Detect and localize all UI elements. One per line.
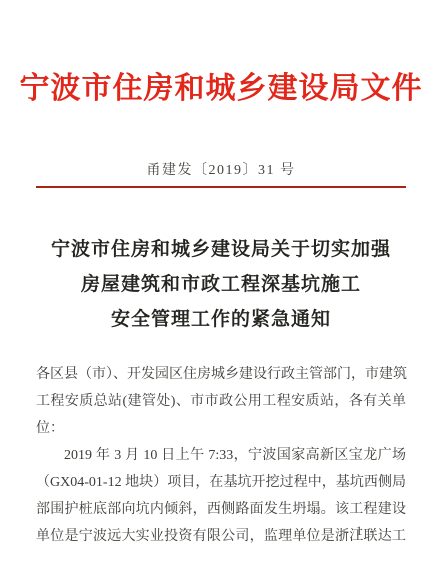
document-subject-title: 宁波市住房和城乡建设局关于切实加强 房屋建筑和市政工程深基坑施工 安全管理工作的… — [0, 232, 442, 337]
body-text-line: 工程安质总站(建管处)、市市政公用工程安质站，各有关单 — [36, 388, 406, 415]
red-divider-line — [36, 186, 406, 188]
body-text-line: （GX04-01-12 地块）项目，在基坑开挖过程中，基坑西侧局 — [36, 469, 406, 496]
subject-title-line: 房屋建筑和市政工程深基坑施工 — [0, 267, 442, 302]
body-text-line: 2019 年 3 月 10 日上午 7:33，宁波国家高新区宝龙广场 — [36, 442, 406, 469]
body-paragraph-recipients: 各区县（市）、开发园区住房城乡建设行政主管部门，市建筑 工程安质总站(建管处)、… — [36, 361, 406, 442]
subject-title-line: 宁波市住房和城乡建设局关于切实加强 — [0, 232, 442, 267]
document-number: 甬建发〔2019〕31 号 — [0, 159, 442, 179]
document-page: 宁波市住房和城乡建设局文件 甬建发〔2019〕31 号 宁波市住房和城乡建设局关… — [0, 0, 442, 565]
page-number: - 1 - — [344, 523, 376, 539]
issuing-agency-title: 宁波市住房和城乡建设局文件 — [0, 70, 442, 108]
document-body: 各区县（市）、开发园区住房城乡建设行政主管部门，市建筑 工程安质总站(建管处)、… — [36, 361, 406, 550]
body-text-line: 各区县（市）、开发园区住房城乡建设行政主管部门，市建筑 — [36, 361, 406, 388]
body-text-line: 位： — [36, 415, 406, 442]
body-text-line: 部围护桩底部向坑内倾斜，西侧路面发生坍塌。该工程建设 — [36, 496, 406, 523]
subject-title-line: 安全管理工作的紧急通知 — [0, 302, 442, 337]
